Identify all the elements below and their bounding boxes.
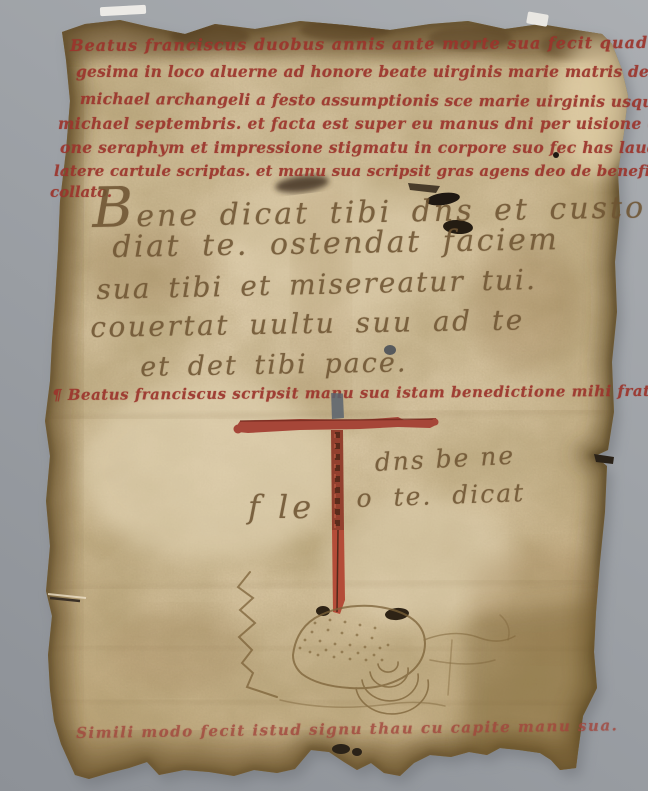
parchment-artwork — [0, 0, 648, 791]
ink-smudge-mark — [330, 393, 344, 419]
manuscript-photo: Beatus franciscus duobus annis ante mort… — [0, 0, 648, 791]
